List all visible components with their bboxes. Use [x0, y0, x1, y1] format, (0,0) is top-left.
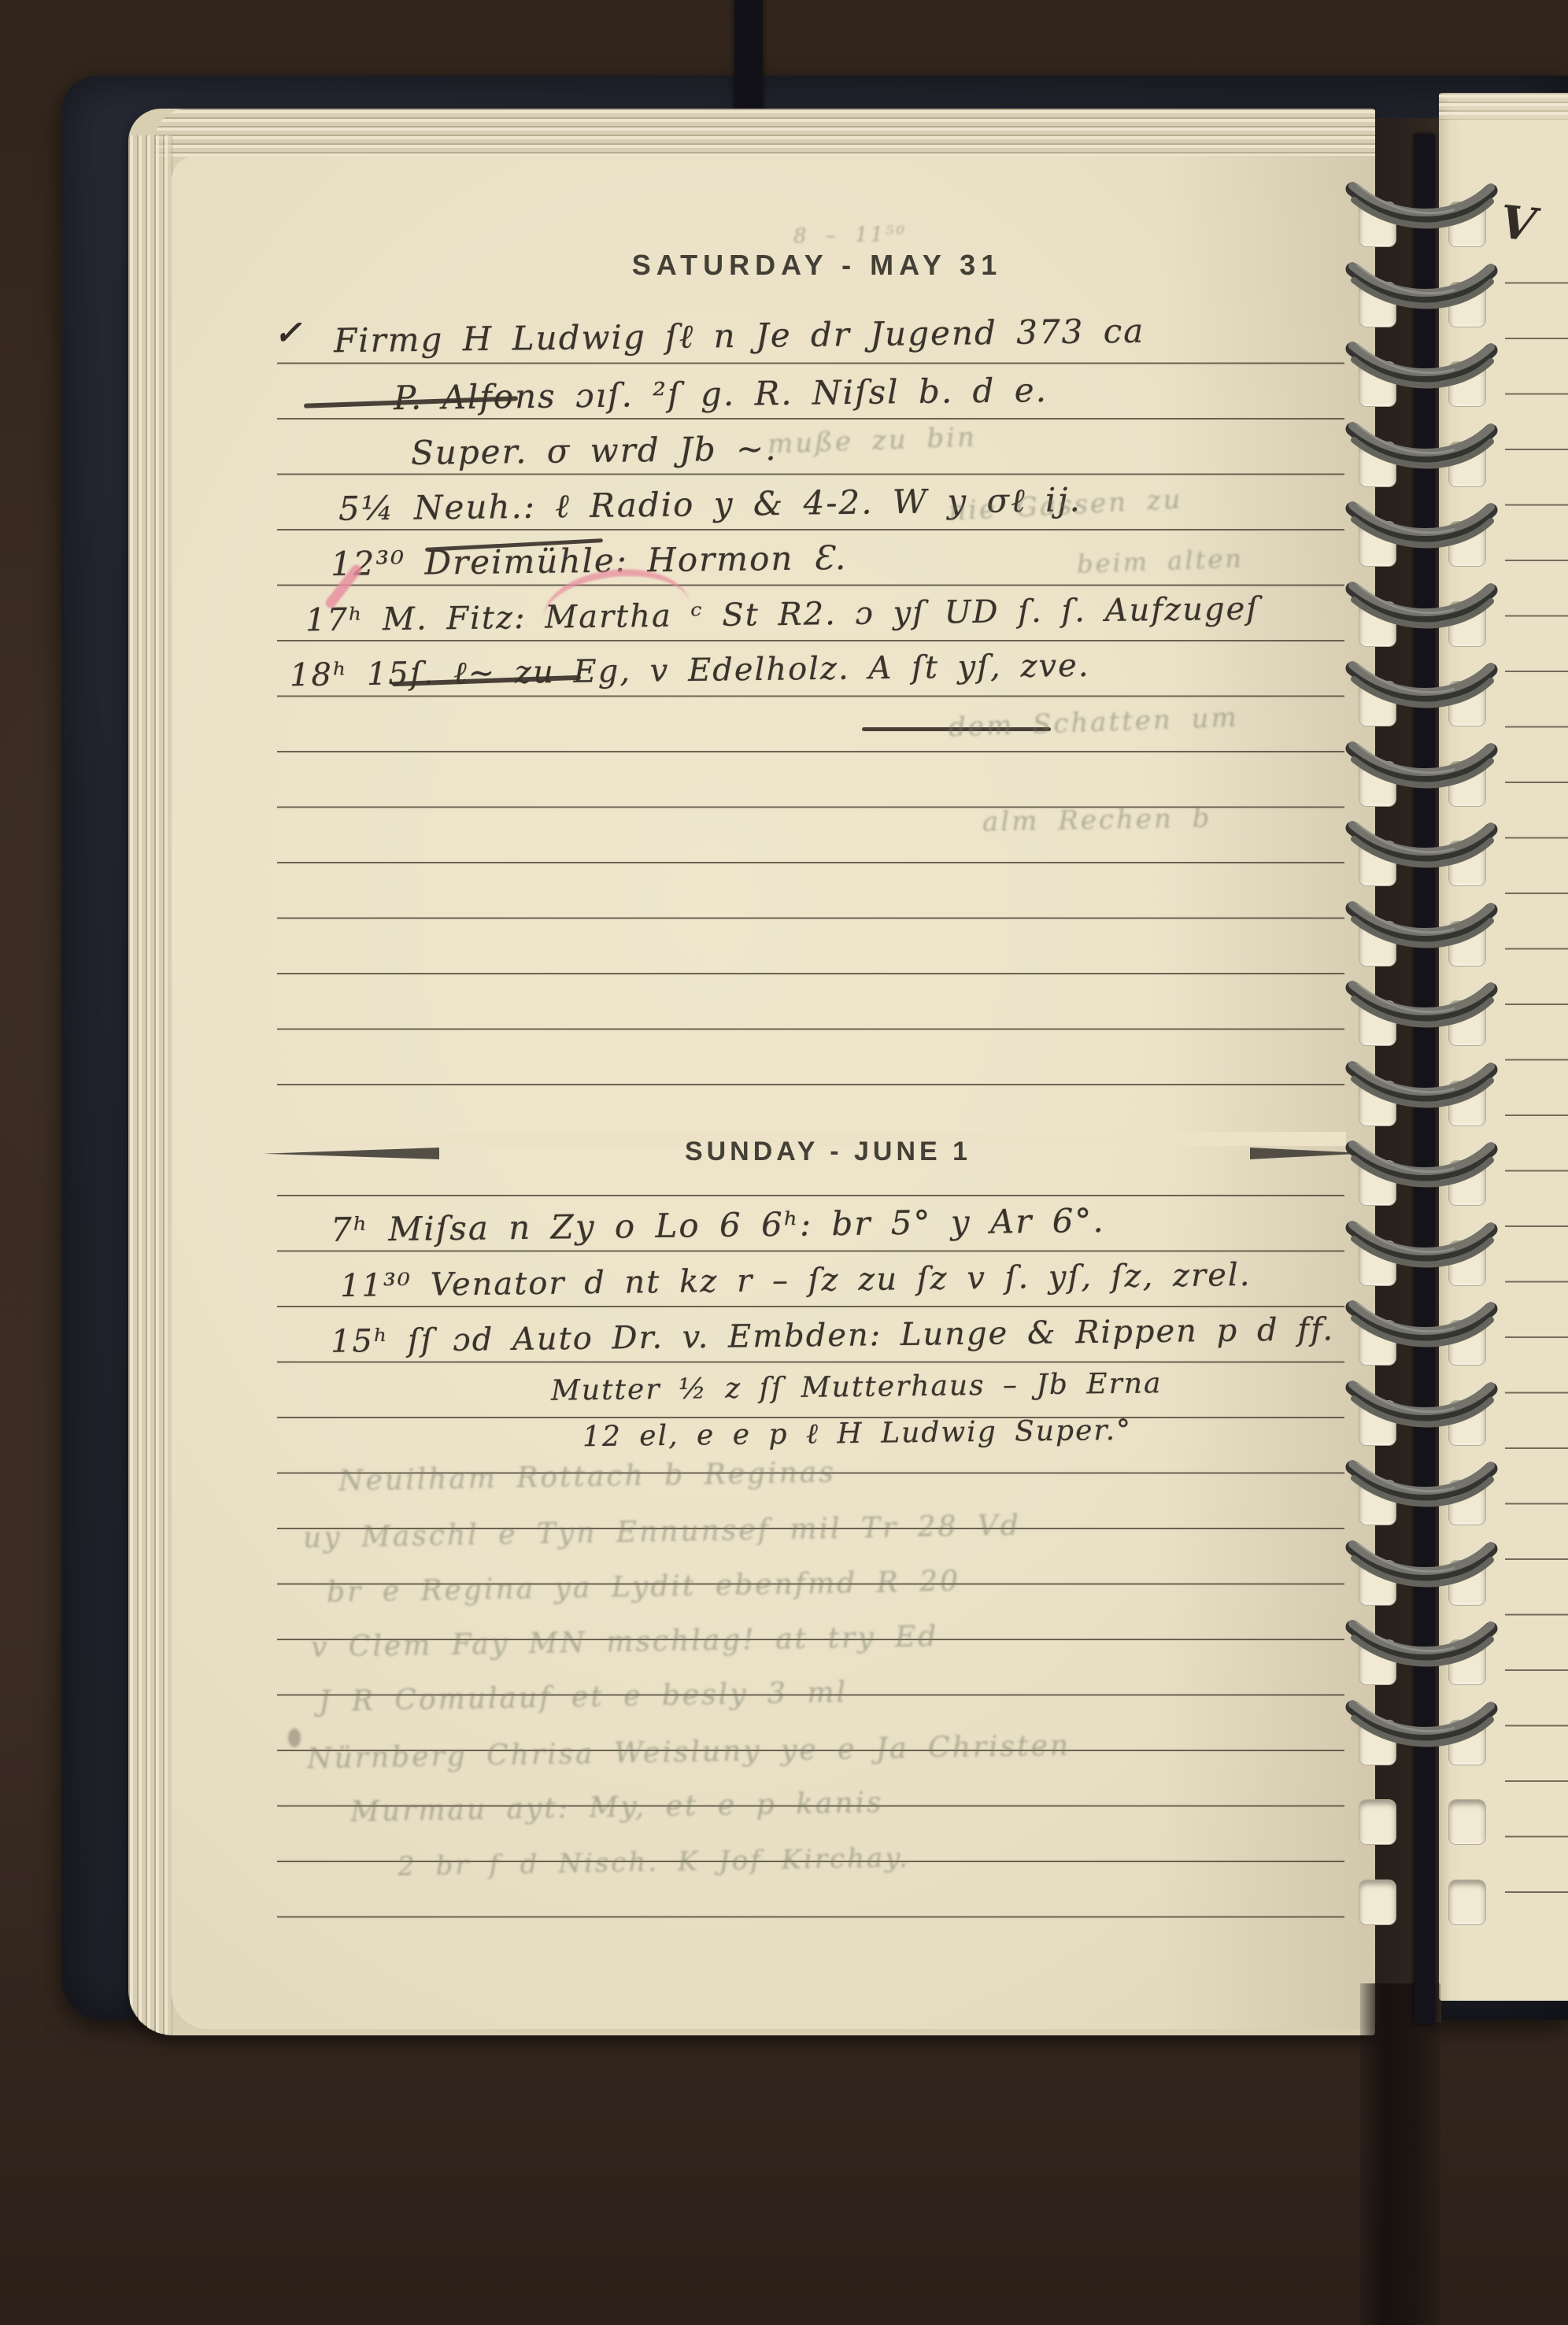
diary-entry: P. Alfons ɔıſ. ²ſ g. R. Niſsl b. d e. — [394, 371, 1048, 417]
bleedthrough-line: 8 – 11⁵⁰ — [793, 223, 908, 249]
binding-wire — [1337, 975, 1505, 1043]
spine-shadow-bottom — [1360, 1983, 1440, 2325]
binding-wire — [1337, 1535, 1505, 1602]
binding-wire — [1337, 1695, 1505, 1762]
sunday-header: SUNDAY - JUNE 1 — [198, 1137, 1411, 1167]
entry-checkmark: ✓ — [274, 313, 301, 352]
saturday-header: SATURDAY - MAY 31 — [198, 249, 1400, 282]
punch-hole-right — [1448, 1880, 1486, 1925]
closure-strap — [734, 0, 763, 118]
binding-wire — [1337, 1614, 1505, 1682]
bleedthrough-line: beim alten — [1076, 543, 1244, 578]
ink-smudge — [288, 1728, 301, 1747]
diary-entry: 12 el, e e p ℓ H Ludwig Super.° — [582, 1414, 1133, 1454]
bleedthrough-line: alm Rechen b — [982, 802, 1212, 837]
scanned-diary-spread: SATURDAY - MAY 31 SUNDAY - JUNE 1 ✓ Firm… — [0, 0, 1568, 2325]
page-edges-left — [128, 135, 172, 2035]
right-page-ruled-lines — [1505, 228, 1568, 1919]
binding-wire — [1337, 416, 1505, 484]
binding-wire — [1337, 576, 1505, 644]
binding-wire — [1337, 1215, 1505, 1283]
binding-wire — [1337, 1375, 1505, 1443]
diary-entry: Super. σ wrd Jb ~. — [411, 429, 778, 472]
binding-wire — [1337, 336, 1505, 404]
page-edges-top — [1439, 93, 1568, 120]
page-edges-top — [155, 109, 1375, 157]
binding-wire — [1337, 896, 1505, 963]
binding-wire — [1337, 1055, 1505, 1123]
binding-wire — [1337, 656, 1505, 723]
binding-wire — [1337, 1135, 1505, 1203]
binding-wire — [1337, 815, 1505, 883]
binding-wire — [1337, 257, 1505, 324]
binding-wire — [1337, 1295, 1505, 1362]
punch-hole-left — [1359, 1799, 1396, 1845]
binding-wire — [1337, 736, 1505, 804]
punch-hole-right — [1448, 1799, 1486, 1845]
entry-underlined-word: Firmg — [334, 320, 444, 360]
binding-wire — [1337, 176, 1505, 244]
punch-hole-left — [1359, 1880, 1396, 1925]
binding-wire — [1337, 1455, 1505, 1522]
binding-wire — [1337, 496, 1505, 564]
